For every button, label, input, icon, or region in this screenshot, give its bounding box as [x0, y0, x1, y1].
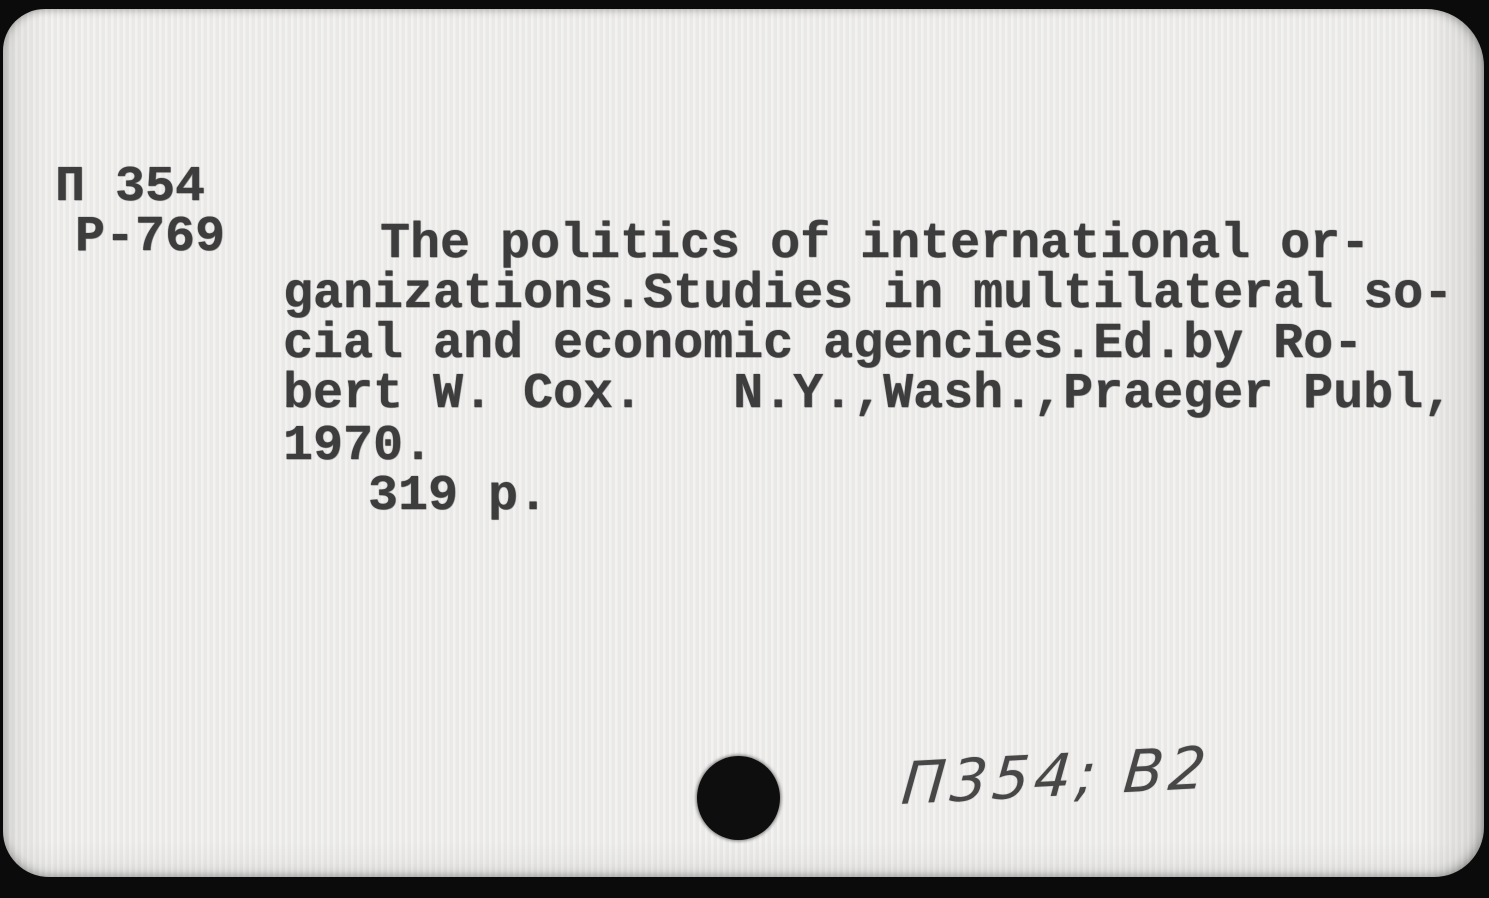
call-number-classification: П 354 — [55, 163, 225, 213]
entry-line-title-start: The politics of international or- — [283, 220, 1484, 270]
handwritten-shelf-mark: П354; В2 — [899, 732, 1214, 819]
entry-line-subtitle: ganizations.Studies in multilateral so- — [283, 270, 1484, 320]
call-number-author-code: P-769 — [75, 213, 225, 263]
scanned-card-background: П 354 P-769 The politics of internationa… — [0, 0, 1489, 898]
hole-punch-dot — [697, 756, 780, 840]
entry-line-year: 1970. — [283, 422, 1484, 472]
call-number-block: П 354 P-769 — [55, 163, 225, 263]
bibliographic-entry: The politics of international or- ganiza… — [283, 220, 1484, 522]
entry-line-imprint: bert W. Cox. N.Y.,Wash.,Praeger Publ, — [283, 370, 1484, 420]
entry-line-pagination: 319 p. — [283, 472, 1484, 522]
entry-line-editor: cial and economic agencies.Ed.by Ro- — [283, 320, 1484, 370]
catalog-card: П 354 P-769 The politics of internationa… — [3, 9, 1484, 877]
